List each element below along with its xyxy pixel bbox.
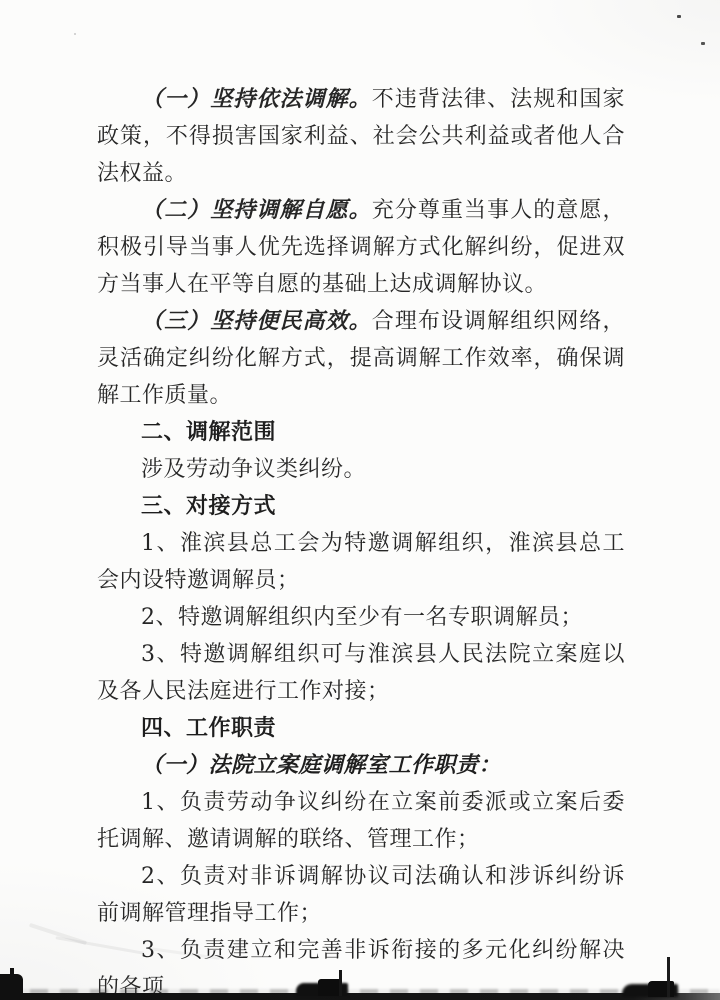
paragraph-text: 涉及劳动争议类纠纷。 [141,457,366,482]
paragraph: （二）坚持调解自愿。充分尊重当事人的意愿，积极引导当事人优先选择调解方式化解纠纷… [97,192,625,303]
paragraph: （三）坚持便民高效。合理布设调解组织网络，灵活确定纠纷化解方式，提高调解工作效率… [97,303,625,414]
paragraph: 1、淮滨县总工会为特邀调解组织，淮滨县总工会内设特邀调解员； [97,525,625,599]
scan-speck [74,33,76,35]
section-heading-2: 二、调解范围 [97,414,625,451]
scan-edge-band [0,993,720,1000]
paragraph-text: 1、负责劳动争议纠纷在立案前委派或立案后委托调解、邀请调解的联络、管理工作； [97,790,625,852]
paragraph-text: 2、特邀调解组织内至少有一名专职调解员； [141,605,583,630]
scan-speck [701,42,705,45]
paragraph-text: 2、负责对非诉调解协议司法确认和涉诉纠纷诉前调解管理指导工作； [97,864,625,926]
paragraph-text: 1、淮滨县总工会为特邀调解组织，淮滨县总工会内设特邀调解员； [97,531,625,593]
scan-speck [677,15,681,18]
document-page: （一）坚持依法调解。不违背法律、法规和国家政策，不得损害国家利益、社会公共利益或… [0,0,720,1000]
paragraph: 3、特邀调解组织可与淮滨县人民法院立案庭以及各人民法庭进行工作对接； [97,636,625,710]
paragraph: 2、特邀调解组织内至少有一名专职调解员； [97,599,625,636]
scan-ink-spike [10,968,14,980]
scan-ink-blob [648,981,674,997]
paragraph: 涉及劳动争议类纠纷。 [97,451,625,488]
paragraph: 2、负责对非诉调解协议司法确认和涉诉纠纷诉前调解管理指导工作； [97,858,625,932]
paragraph-lead: （三）坚持便民高效。 [141,308,372,334]
paragraph: （一）坚持依法调解。不违背法律、法规和国家政策，不得损害国家利益、社会公共利益或… [97,81,625,192]
scan-ink-spike [339,970,342,996]
section-heading-4: 四、工作职责 [97,710,625,747]
subsection-heading: （一）法院立案庭调解室工作职责： [97,747,625,784]
paragraph-lead: （二）坚持调解自愿。 [141,197,372,223]
paragraph: 1、负责劳动争议纠纷在立案前委派或立案后委托调解、邀请调解的联络、管理工作； [97,784,625,858]
document-body: （一）坚持依法调解。不违背法律、法规和国家政策，不得损害国家利益、社会公共利益或… [97,81,625,1000]
scan-ink-spike [667,957,670,997]
paragraph-lead: （一）坚持依法调解。 [141,86,372,112]
paragraph-text: 3、特邀调解组织可与淮滨县人民法院立案庭以及各人民法庭进行工作对接； [97,642,625,704]
section-heading-3: 三、对接方式 [97,488,625,525]
